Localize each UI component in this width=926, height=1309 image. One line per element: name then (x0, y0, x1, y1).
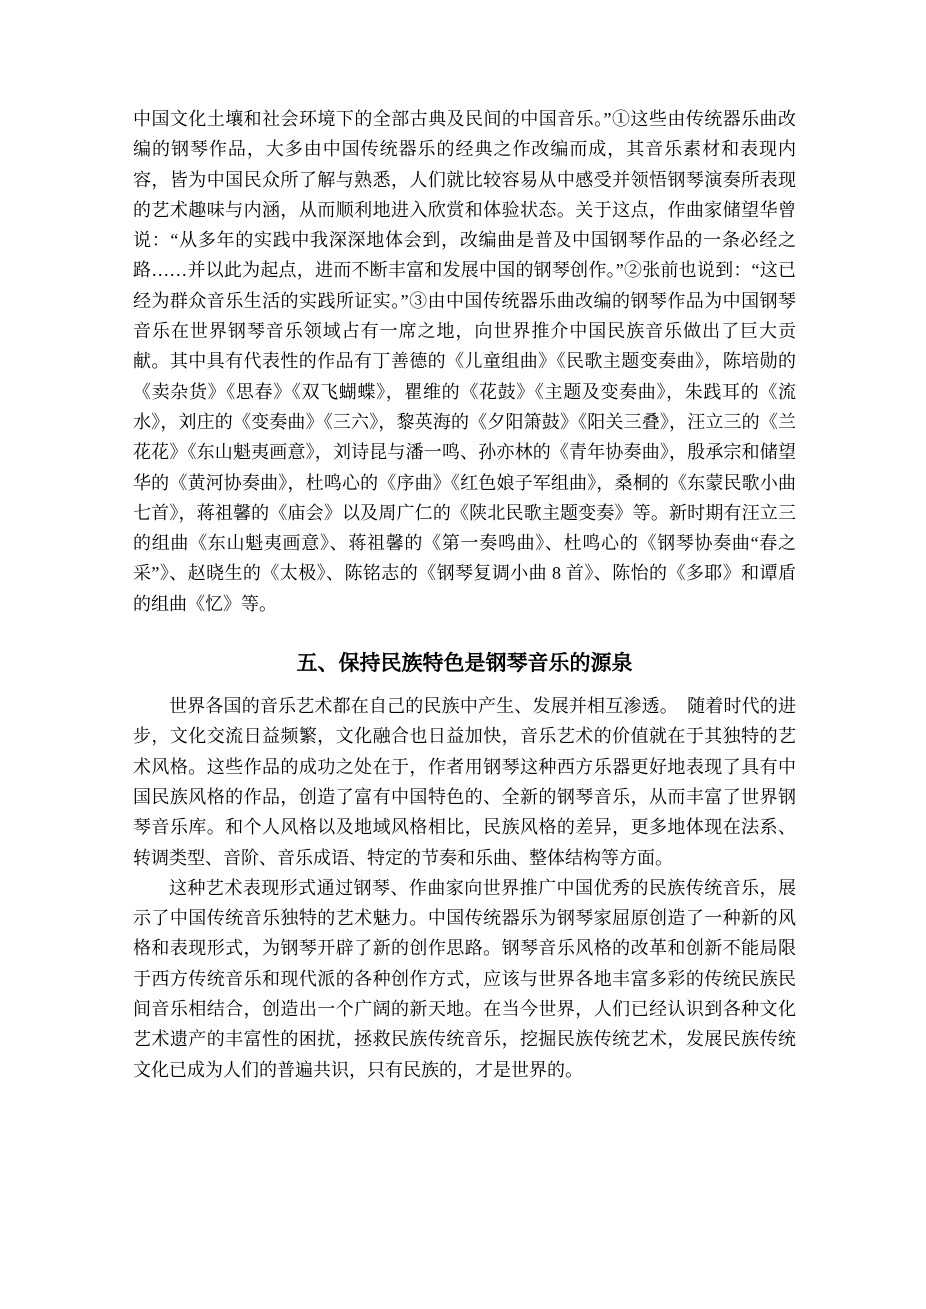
paragraph-artistic-form: 这种艺术表现形式通过钢琴、作曲家向世界推广中国优秀的民族传统音乐，展示了中国传统… (133, 873, 796, 1085)
paragraph-piano-adaptations: 中国文化土壤和社会环境下的全部古典及民间的中国音乐。”①这些由传统器乐曲改编的钢… (133, 104, 796, 619)
paragraph-national-style: 世界各国的音乐艺术都在自己的民族中产生、发展并相互渗透。 随着时代的进步，文化交… (133, 691, 796, 873)
document-content: 中国文化土壤和社会环境下的全部古典及民间的中国音乐。”①这些由传统器乐曲改编的钢… (133, 104, 796, 1085)
section-heading: 五、保持民族特色是钢琴音乐的源泉 (133, 650, 796, 677)
document-page: 中国文化土壤和社会环境下的全部古典及民间的中国音乐。”①这些由传统器乐曲改编的钢… (0, 0, 926, 1309)
